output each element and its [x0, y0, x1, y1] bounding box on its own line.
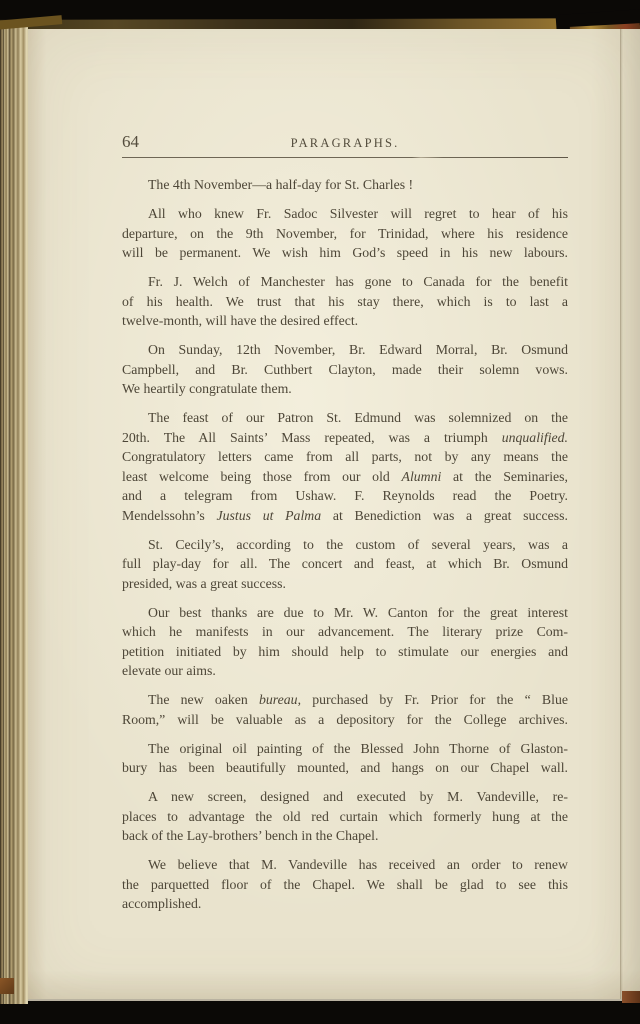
text-line: Campbell, and Br. Cuthbert Clayton, made…: [122, 360, 568, 380]
book-cover-bottom-right: [622, 991, 640, 1003]
text-line: The feast of our Patron St. Edmund was s…: [122, 408, 568, 428]
text-line: twelve-month, will have the desired effe…: [122, 311, 568, 331]
text-line: Our best thanks are due to Mr. W. Canton…: [122, 603, 568, 623]
running-title: PARAGRAPHS.: [122, 134, 568, 152]
page-edge-stack: [0, 27, 28, 1004]
text-line: the parquetted floor of the Chapel. We s…: [122, 875, 568, 895]
text-line: bury has been beautifully mounted, and h…: [122, 758, 568, 778]
text-line: St. Cecily’s, according to the custom of…: [122, 535, 568, 555]
page-header: 64 PARAGRAPHS.: [122, 131, 568, 153]
text-line: full play-day for all. The concert and f…: [122, 554, 568, 574]
book-page: 64 PARAGRAPHS. The 4th November—a half-d…: [28, 29, 640, 1001]
text-line: and a telegram from Ushaw. F. Reynolds r…: [122, 486, 568, 506]
text-line: places to advantage the old red curtain …: [122, 807, 568, 827]
text-line: The original oil painting of the Blessed…: [122, 739, 568, 759]
text-line: petition initiated by him should help to…: [122, 642, 568, 662]
text-line: 20th. The All Saints’ Mass repeated, was…: [122, 428, 568, 448]
text-line: Fr. J. Welch of Manchester has gone to C…: [122, 272, 568, 292]
page-body: The 4th November—a half-day for St. Char…: [122, 175, 568, 923]
text-line: least welcome being those from our old A…: [122, 467, 568, 487]
paragraph: The original oil painting of the Blessed…: [122, 739, 568, 778]
paragraph: On Sunday, 12th November, Br. Edward Mor…: [122, 340, 568, 399]
text-line: presided, was a great success.: [122, 574, 568, 594]
paragraph: Our best thanks are due to Mr. W. Canton…: [122, 603, 568, 681]
text-line: On Sunday, 12th November, Br. Edward Mor…: [122, 340, 568, 360]
paragraph: The feast of our Patron St. Edmund was s…: [122, 408, 568, 525]
text-line: which he manifests in our advancement. T…: [122, 622, 568, 642]
text-line: Mendelssohn’s Justus ut Palma at Benedic…: [122, 506, 568, 526]
text-line: The 4th November—a half-day for St. Char…: [122, 175, 568, 195]
text-line: Room,” will be valuable as a depository …: [122, 710, 568, 730]
paragraph: Fr. J. Welch of Manchester has gone to C…: [122, 272, 568, 331]
page-gutter-crease: [620, 29, 640, 999]
paragraph: The new oaken bureau, purchased by Fr. P…: [122, 690, 568, 729]
text-line: The new oaken bureau, purchased by Fr. P…: [122, 690, 568, 710]
text-line: back of the Lay-brothers’ bench in the C…: [122, 826, 568, 846]
text-line: of his health. We trust that his stay th…: [122, 292, 568, 312]
text-line: We heartily congratulate them.: [122, 379, 568, 399]
text-line: All who knew Fr. Sadoc Silvester will re…: [122, 204, 568, 224]
paragraph: We believe that M. Vandeville has receiv…: [122, 855, 568, 914]
text-line: A new screen, designed and executed by M…: [122, 787, 568, 807]
text-line: Congratulatory letters came from all par…: [122, 447, 568, 467]
text-line: We believe that M. Vandeville has receiv…: [122, 855, 568, 875]
text-line: will be permanent. We wish him God’s spe…: [122, 243, 568, 263]
paragraph: A new screen, designed and executed by M…: [122, 787, 568, 846]
paragraph: St. Cecily’s, according to the custom of…: [122, 535, 568, 594]
book-cover-bottom-left: [0, 978, 14, 994]
text-line: departure, on the 9th November, for Trin…: [122, 224, 568, 244]
header-rule: [122, 157, 568, 158]
scanned-book-photo: { "header": { "page_number": "64", "runn…: [0, 0, 640, 1024]
text-line: accomplished.: [122, 894, 568, 914]
paragraph: All who knew Fr. Sadoc Silvester will re…: [122, 204, 568, 263]
text-line: elevate our aims.: [122, 661, 568, 681]
paragraph: The 4th November—a half-day for St. Char…: [122, 175, 568, 195]
